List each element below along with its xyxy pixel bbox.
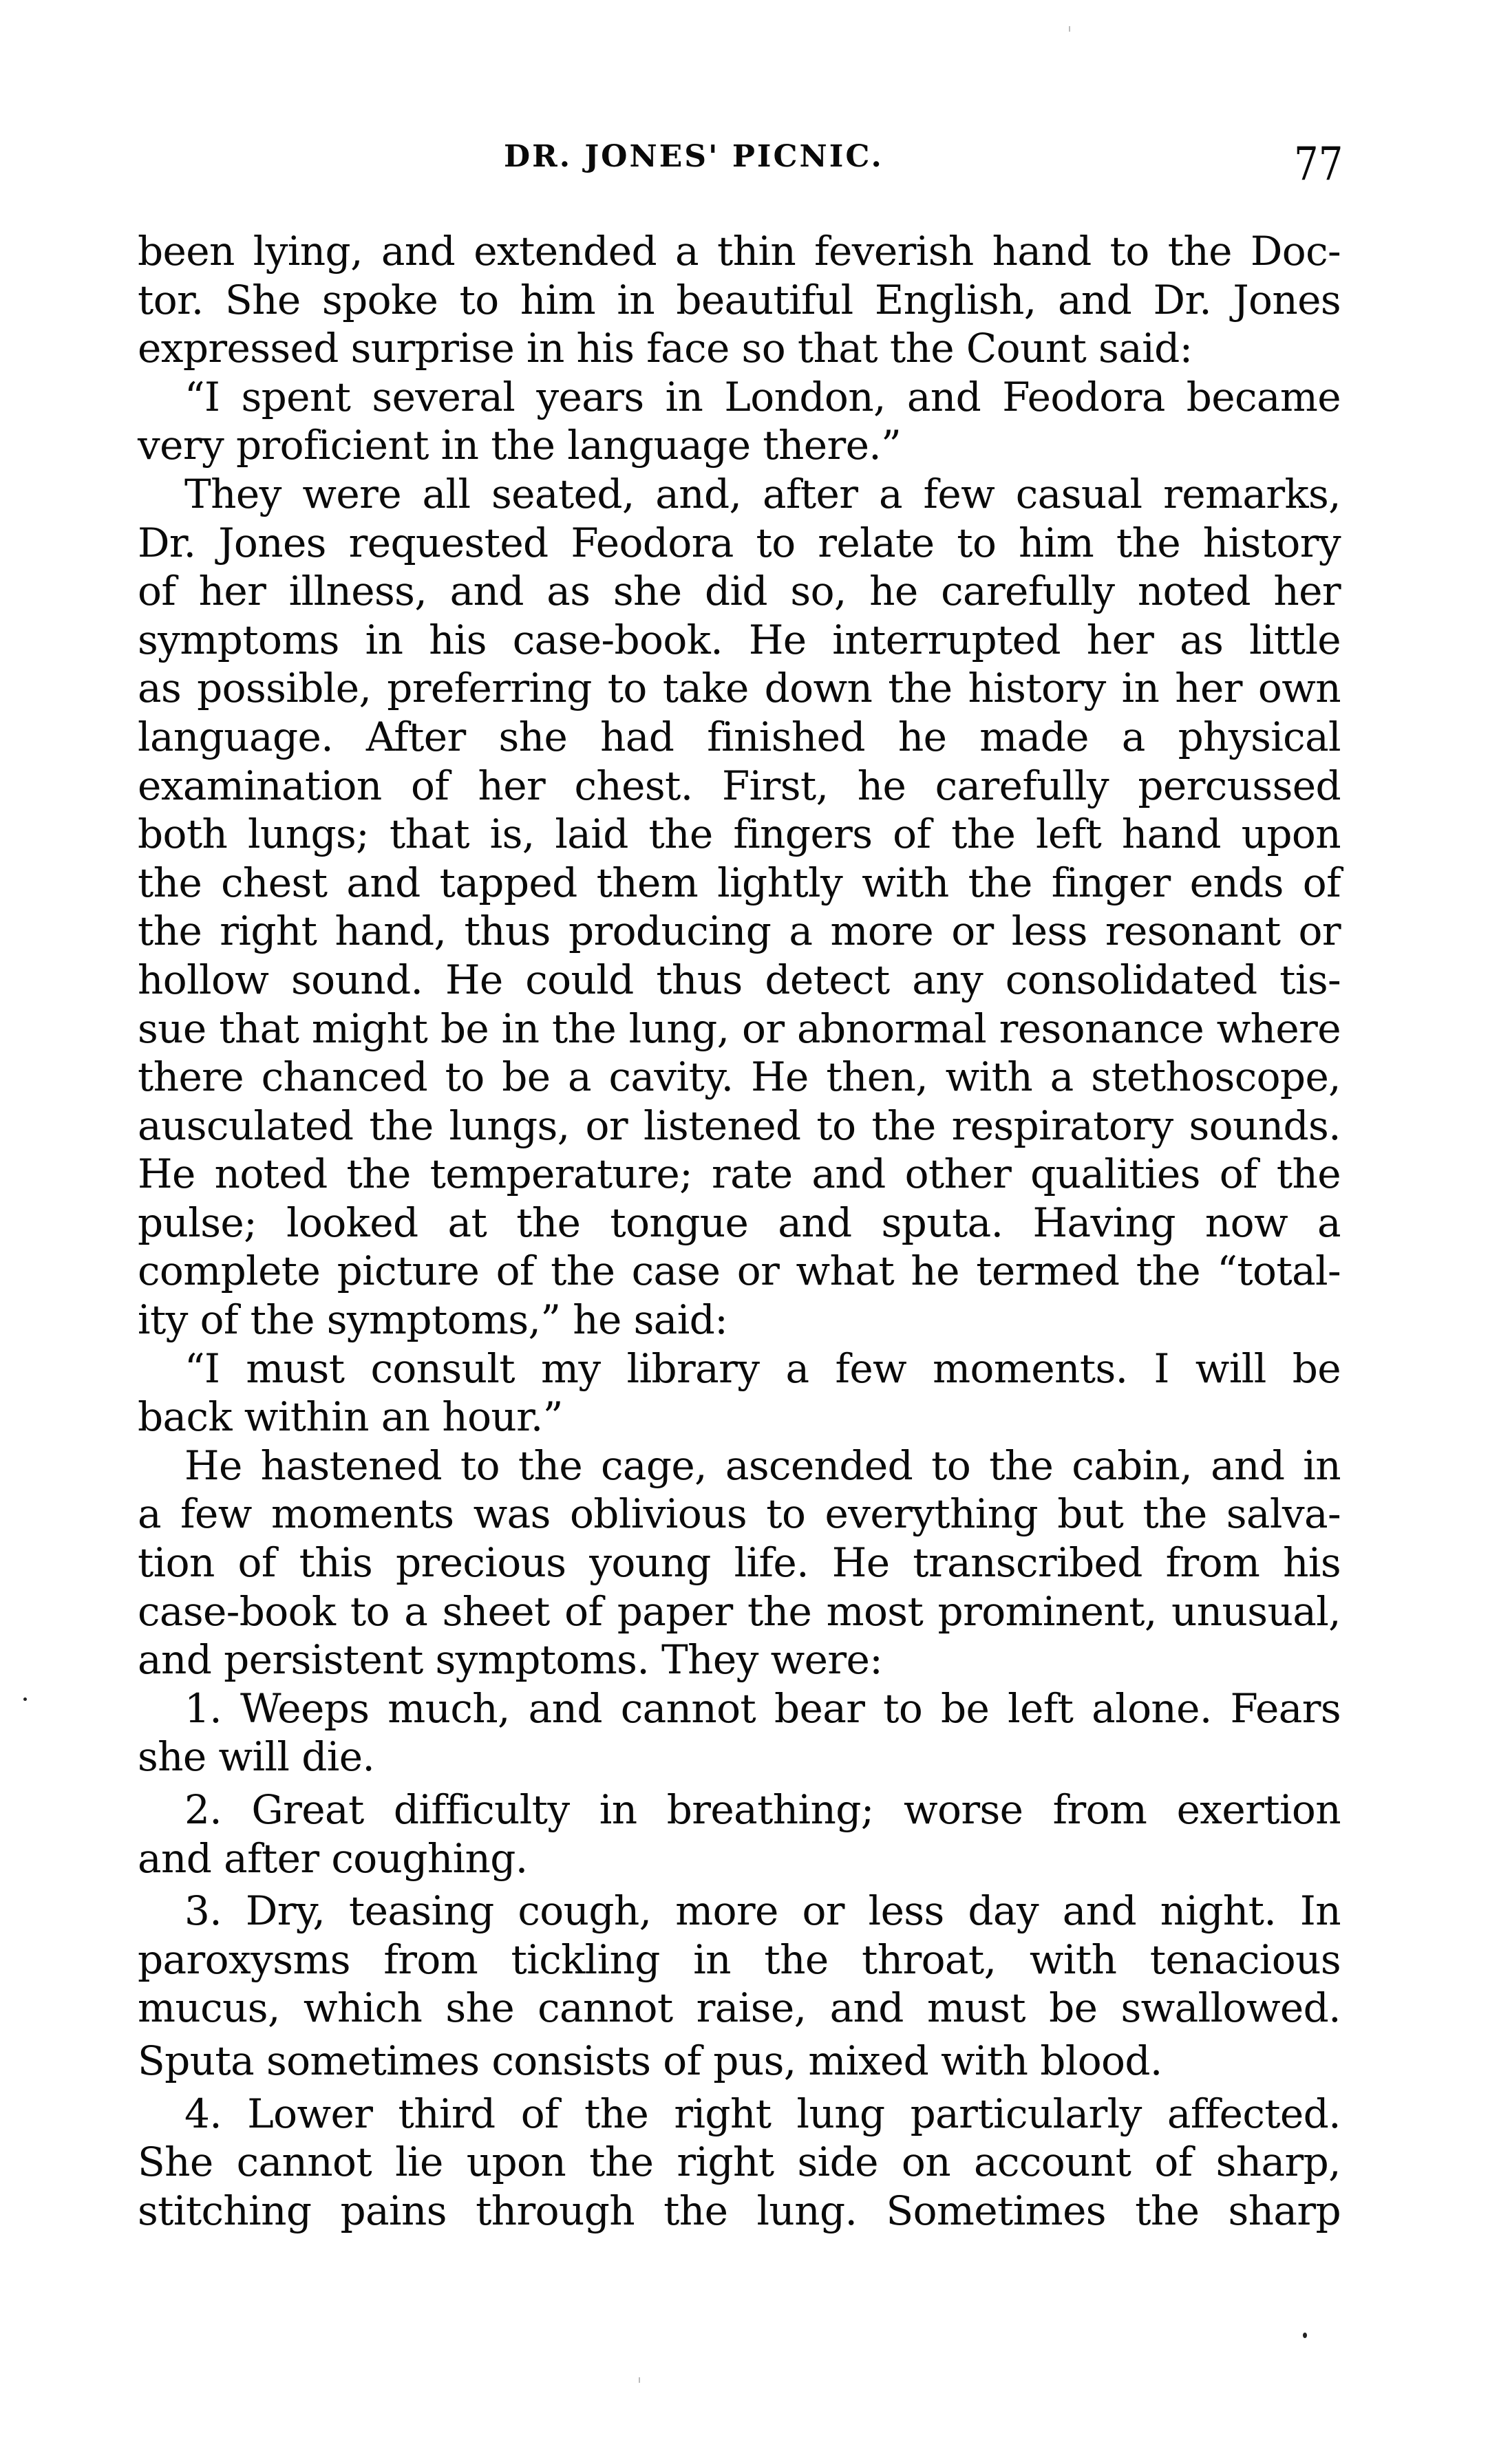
text-line: been lying, and extended a thin feverish… [138,227,1341,276]
page-number: 77 [1294,140,1343,189]
text-line: symptoms in his case-book. He interrupte… [138,616,1341,665]
text-line: tor. She spoke to him in beautiful Engli… [138,276,1341,325]
text-line: Dr. Jones requested Feodora to relate to… [138,519,1341,568]
book-page: DR. JONES' PICNIC. 77 been lying, and ex… [0,0,1499,2464]
running-head: DR. JONES' PICNIC. 77 [0,132,1499,187]
text-line: “I must consult my library a few moments… [138,1345,1341,1393]
text-line: stitching pains through the lung. Someti… [138,2187,1341,2236]
text-line: Sputa sometimes consists of pus, mixed w… [138,2037,1341,2086]
text-line: the chest and tapped them lightly with t… [138,859,1341,908]
text-line: He hastened to the cage, ascended to the… [138,1442,1341,1490]
text-line: ausculated the lungs, or listened to the… [138,1102,1341,1150]
text-line: language. After she had finished he made… [138,713,1341,762]
print-mark [639,2377,640,2383]
print-speck [23,1697,27,1701]
text-line: back within an hour.” [138,1393,1341,1442]
text-line: complete picture of the case or what he … [138,1247,1341,1296]
text-line: “I spent several years in London, and Fe… [138,373,1341,422]
text-line: both lungs; that is, laid the fingers of… [138,810,1341,859]
text-line: sue that might be in the lung, or abnorm… [138,1005,1341,1053]
text-line: of her illness, and as she did so, he ca… [138,567,1341,616]
body-text: been lying, and extended a thin feverish… [138,227,1341,2235]
text-line: there chanced to be a cavity. He then, w… [138,1053,1341,1102]
text-line: He noted the temperature; rate and other… [138,1150,1341,1199]
text-line: and persistent symptoms. They were: [138,1636,1341,1684]
print-speck [1303,2333,1307,2338]
text-line: and after coughing. [138,1834,1341,1883]
text-line: 1. Weeps much, and cannot bear to be lef… [138,1684,1341,1733]
text-line: They were all seated, and, after a few c… [138,470,1341,519]
text-line: tion of this precious young life. He tra… [138,1539,1341,1587]
running-title: DR. JONES' PICNIC. [504,138,931,176]
text-line: a few moments was oblivious to everythin… [138,1490,1341,1539]
text-line: examination of her chest. First, he care… [138,762,1341,811]
text-line: 3. Dry, teasing cough, more or less day … [138,1887,1341,1936]
text-line: 4. Lower third of the right lung particu… [138,2090,1341,2139]
text-line: she will die. [138,1733,1341,1781]
text-line: ity of the symptoms,” he said: [138,1296,1341,1345]
text-line: the right hand, thus producing a more or… [138,907,1341,956]
text-line: very proficient in the language there.” [138,421,1341,470]
text-line: She cannot lie upon the right side on ac… [138,2138,1341,2187]
text-line: 2. Great difficulty in breathing; worse … [138,1786,1341,1834]
text-line: pulse; looked at the tongue and sputa. H… [138,1199,1341,1247]
text-line: hollow sound. He could thus detect any c… [138,956,1341,1005]
print-mark [1069,26,1070,32]
text-line: expressed surprise in his face so that t… [138,324,1341,373]
text-line: case-book to a sheet of paper the most p… [138,1587,1341,1636]
text-line: mucus, which she cannot raise, and must … [138,1984,1341,2033]
text-line: paroxysms from tickling in the throat, w… [138,1936,1341,1984]
text-line: as possible, preferring to take down the… [138,664,1341,713]
